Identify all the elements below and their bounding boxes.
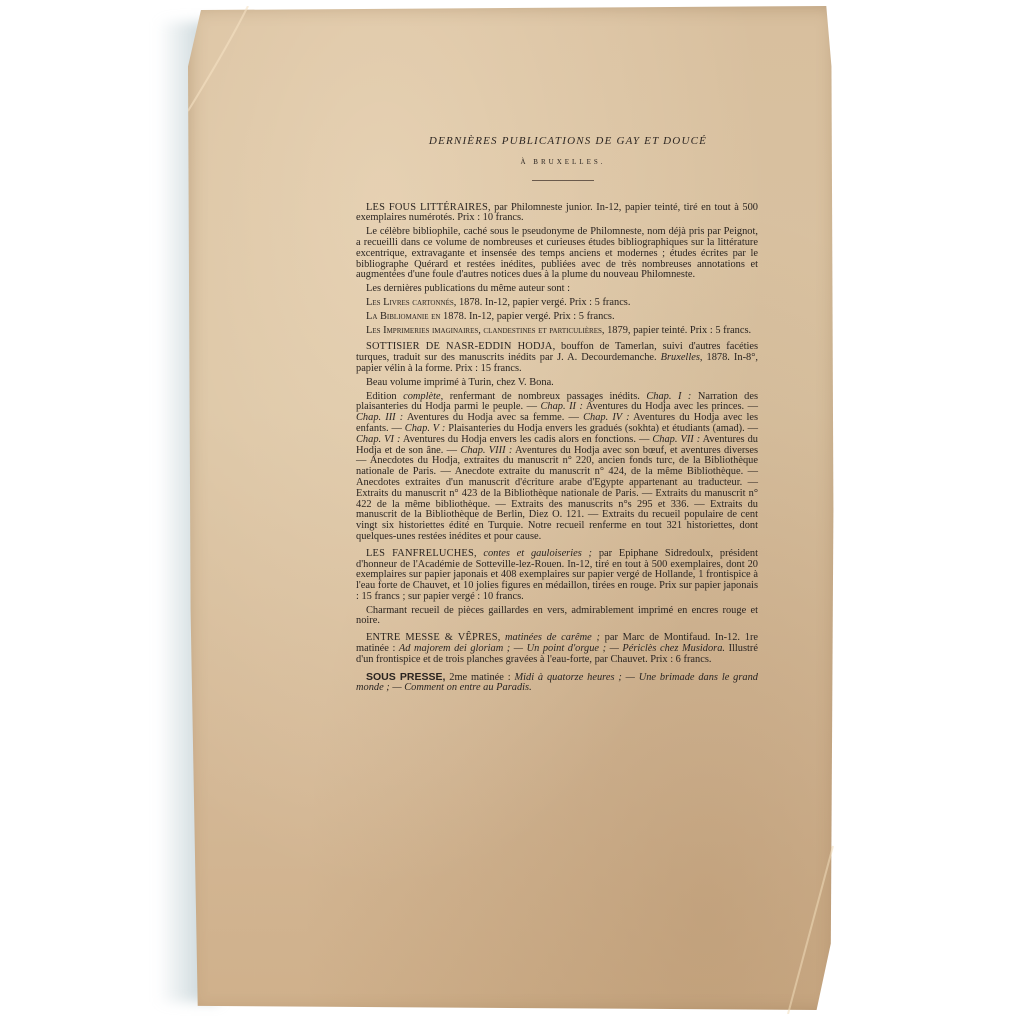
same-author-item: Les Imprimeries imaginaires, clandestine…: [356, 326, 758, 337]
same-author-intro: Les dernières publications du même auteu…: [356, 284, 758, 295]
entry-fous-description: Le célèbre bibliophile, caché sous le ps…: [356, 227, 758, 281]
entry-fous-litteraires: LES FOUS LITTÉRAIRES, par Philomneste ju…: [356, 203, 758, 225]
entry-sous-presse: SOUS PRESSE, 2me matinée : Midi à quator…: [356, 672, 758, 695]
entry-fanfreluches: LES FANFRELUCHES, contes et gauloiseries…: [356, 549, 758, 603]
catalog-location: À BRUXELLES.: [370, 157, 756, 168]
entry-entre-messe: ENTRE MESSE & VÊPRES, matinées de carême…: [356, 633, 758, 665]
entry-sottisier: SOTTISIER DE NASR-EDDIN HODJA, bouffon d…: [356, 342, 758, 374]
header-divider: [532, 180, 594, 181]
same-author-item: La Bibliomanie en 1878. In-12, papier ve…: [356, 312, 758, 323]
entry-sottisier-printed: Beau volume imprimé à Turin, chez V. Bon…: [356, 378, 758, 389]
catalog-title: DERNIÈRES PUBLICATIONS DE GAY ET DOUCÉ: [360, 136, 776, 147]
same-author-item: Les Livres cartonnés, 1878. In-12, papie…: [356, 298, 758, 309]
publisher-catalog: DERNIÈRES PUBLICATIONS DE GAY ET DOUCÉ À…: [370, 136, 756, 697]
entry-sottisier-contents: Edition complète, renfermant de nombreux…: [356, 392, 758, 543]
entry-fanfreluches-description: Charmant recueil de pièces gaillardes en…: [356, 606, 758, 628]
